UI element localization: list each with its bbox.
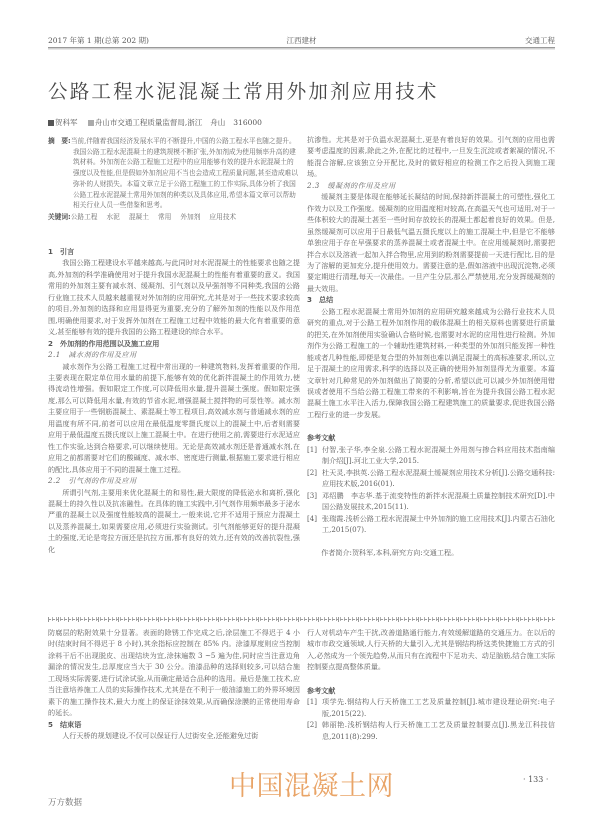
keyword: 公路工程 bbox=[71, 213, 98, 221]
keyword: 混凝土 bbox=[129, 213, 149, 221]
section-name: 交通工程 bbox=[525, 35, 555, 46]
author-name: 贺科军 bbox=[55, 118, 78, 127]
reference-item: [1]付智,张子华,李全泉.公路工程水泥混凝土外用剂与掺合料应用技术指南编制介绍… bbox=[307, 444, 555, 467]
references-heading: 参考文献 bbox=[307, 685, 555, 696]
subsection-heading-2-2: 2.2 引气剂的作用及应用 bbox=[48, 475, 300, 486]
paragraph: 减水剂作为公路工程施工过程中常出现的一种建筑物料,发挥着重要的作用,主要表现在限… bbox=[48, 361, 300, 476]
abstract-text: 当前,伴随着我国经济发展水平的不断提升,中国的公路工程水平也随之提升。我国公路工… bbox=[71, 137, 298, 209]
paragraph: 缓凝剂主要是体现在能够延长凝结的时间,保持新拌混凝土的可塑性,强化工作效力以及工… bbox=[307, 191, 555, 294]
references-heading: 参考文献 bbox=[307, 432, 555, 443]
article-separator bbox=[48, 617, 555, 621]
section-heading-2: 2 外加剂的作用范围以及施工应用 bbox=[48, 338, 300, 349]
running-header: 2017 年第 1 期(总第 202 期) 江西建材 交通工程 bbox=[48, 35, 555, 48]
square-bullet-icon bbox=[88, 120, 94, 126]
paragraph: 我国公路工程建设水平越来越高,与此同时对水泥混凝土的性能要求也随之提高,外加剂的… bbox=[48, 257, 300, 337]
subsection-heading-2-1: 2.1 减水剂的作用及应用 bbox=[48, 349, 300, 360]
author-postcode: 316000 bbox=[233, 118, 262, 127]
reference-item: [4]张瑞霞.浅析公路工程水泥混凝土中外加剂的施工应用技术[J].内蒙古石油化工… bbox=[307, 513, 555, 536]
right-column: 抗渗性。尤其是对于负温水泥混凝土,更是有着良好的效果。引气剂的应用也需要考虑温度… bbox=[307, 134, 555, 559]
keyword: 水泥 bbox=[107, 213, 120, 221]
paragraph: 人行天桥的规划建设,不仅可以保证行人过街安全,还能避免过街 bbox=[48, 730, 300, 741]
section-heading-5: 5 结束语 bbox=[48, 719, 300, 730]
author-bio: 作者简介:贺科军,本科,研究方向:交通工程。 bbox=[307, 547, 555, 558]
author-line: 贺科军 舟山市交通工程质量监督局,浙江舟山316000 bbox=[48, 117, 262, 128]
section-heading-3: 3 总结 bbox=[307, 294, 555, 305]
abstract: 摘 要:当前,伴随着我国经济发展水平的不断提升,中国的公路工程水平也随之提升。我… bbox=[48, 136, 300, 211]
author-city: 舟山 bbox=[210, 118, 225, 127]
reference-item: [3]邓绍鹏 李志华.基于流变特性的新拌水泥混凝土质量控制技术研究[D].中国公… bbox=[307, 490, 555, 513]
abstract-block: 摘 要:当前,伴随着我国经济发展水平的不断提升,中国的公路工程水平也随之提升。我… bbox=[48, 136, 300, 223]
author-affiliation: 舟山市交通工程质量监督局,浙江 bbox=[95, 118, 202, 127]
subsection-heading-2-3: 2.3 缓凝剂的作用及应用 bbox=[307, 180, 555, 191]
paragraph: 所谓引气剂,主要用来优化混凝土的和易性,最大限度的降低泌水和离析,强化混凝土的持… bbox=[48, 487, 300, 556]
reference-item: [1]项学先.钢结构人行天桥施工工艺及质量控制[J].城市建设理论研究:电子版,… bbox=[307, 696, 555, 719]
left-column: 1 引言 我国公路工程建设水平越来越高,与此同时对水泥混凝土的性能要求也随之提高… bbox=[48, 246, 300, 555]
abstract-label: 摘 要: bbox=[48, 137, 71, 145]
reference-item: [2]杜天灵,李拱英.公路工程水泥混凝土缓凝剂应用技术分析[J].公路交通科技:… bbox=[307, 467, 555, 490]
section-heading-1: 1 引言 bbox=[48, 246, 300, 257]
keyword: 外加剂 bbox=[180, 213, 200, 221]
keywords: 关键词:公路工程水泥混凝土常用外加剂应用技术 bbox=[48, 212, 300, 223]
keyword: 常用 bbox=[158, 213, 171, 221]
watermark-logo: 中国混凝土网 bbox=[229, 764, 394, 803]
keywords-label: 关键词: bbox=[48, 213, 71, 221]
next-article-left-column: 防腐层的粘附效果十分显著。表面的除锈工作完成之后,涂层施工不得迟于 4 小时(结… bbox=[48, 627, 300, 742]
paragraph: 防腐层的粘附效果十分显著。表面的除锈工作完成之后,涂层施工不得迟于 4 小时(结… bbox=[48, 627, 300, 719]
square-bullet-icon bbox=[48, 120, 54, 126]
source-label: 万方数据 bbox=[48, 796, 82, 808]
reference-item: [2]韩丽艳.浅析钢结构人行天桥施工工艺及质量控制要点[J].黑龙江科技信息,2… bbox=[307, 719, 555, 742]
paragraph: 公路工程水泥混凝土常用外加剂的应用研究越来越成为公路行业技术人员研究的重点,对于… bbox=[307, 306, 555, 421]
keyword: 应用技术 bbox=[209, 213, 236, 221]
next-article-right-column: 行人对机动车产生干扰,改善道路通行能力,有效缓解道路的交通压力。在以后的城市市政… bbox=[307, 627, 555, 742]
article-title: 公路工程水泥混凝土常用外加剂应用技术 bbox=[48, 76, 439, 104]
paragraph-continued: 抗渗性。尤其是对于负温水泥混凝土,更是有着良好的效果。引气剂的应用也需要考虑温度… bbox=[307, 134, 555, 180]
page-number: · 133 · bbox=[523, 775, 548, 784]
journal-name: 江西建材 bbox=[48, 35, 555, 46]
paragraph: 行人对机动车产生干扰,改善道路通行能力,有效缓解道路的交通压力。在以后的城市市政… bbox=[307, 627, 555, 673]
